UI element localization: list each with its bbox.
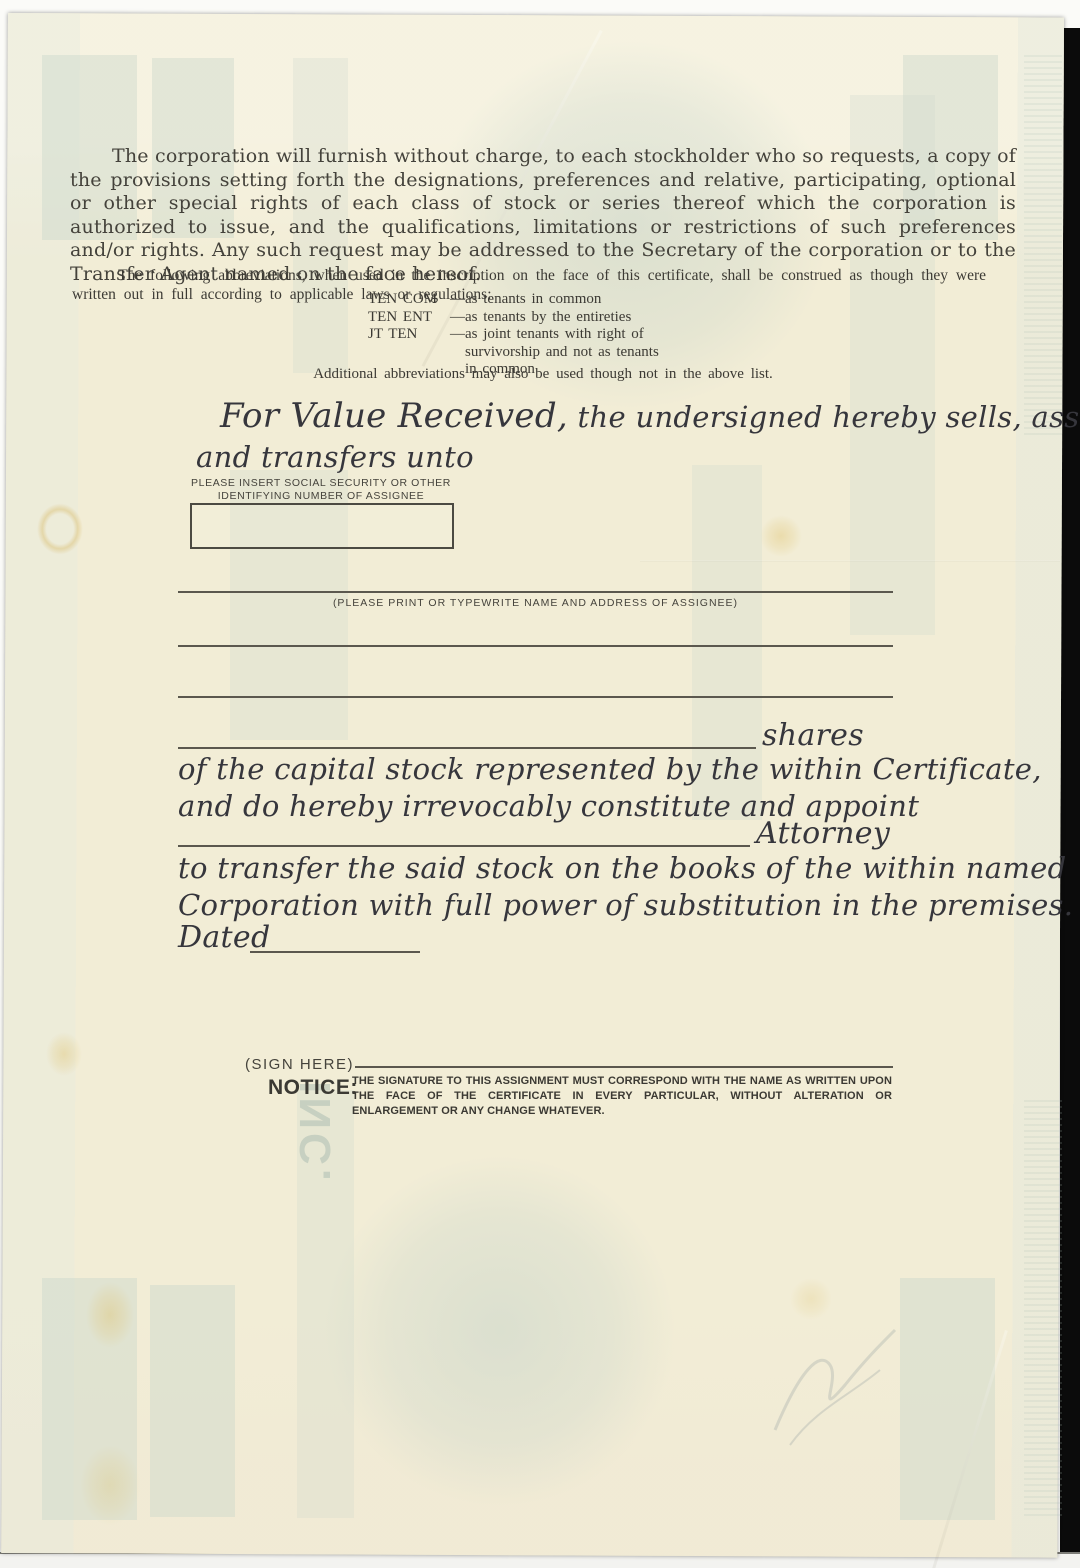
certificate-back-content: The corporation will furnish without cha… <box>0 0 1080 1568</box>
shares-write-line <box>178 747 756 749</box>
scanned-stock-certificate-back: INC. The corporation will furnish withou… <box>0 0 1080 1568</box>
ssn-label-line1: PLEASE INSERT SOCIAL SECURITY OR OTHER <box>190 477 452 490</box>
body-line-4: Corporation with full power of substitut… <box>178 888 1073 922</box>
abbreviation-ten-com: TEN COM—as tenants in common <box>368 291 659 309</box>
abbrev-dash: — <box>450 291 465 309</box>
assignee-write-line-3 <box>178 696 893 698</box>
notice-text: THE SIGNATURE TO THIS ASSIGNMENT MUST CO… <box>352 1074 892 1119</box>
assignee-write-line-1 <box>178 591 893 593</box>
notice-label: NOTICE: <box>268 1076 358 1100</box>
assignee-write-line-2 <box>178 645 893 647</box>
assignment-opening-line: For Value Received, the undersigned here… <box>220 396 1080 436</box>
ssn-instruction-label: PLEASE INSERT SOCIAL SECURITY OR OTHER I… <box>190 477 452 502</box>
ssn-label-line2: IDENTIFYING NUMBER OF ASSIGNEE <box>190 490 452 503</box>
abbrev-term: TEN ENT <box>368 309 450 327</box>
assignee-line-label: (PLEASE PRINT OR TYPEWRITE NAME AND ADDR… <box>178 597 893 609</box>
abbrev-dash: — <box>450 309 465 327</box>
for-value-received-phrase: For Value Received, <box>220 396 568 436</box>
attorney-word: Attorney <box>756 816 890 851</box>
signature-write-line <box>355 1066 893 1068</box>
abbreviation-ten-ent: TEN ENT—as tenants by the entireties <box>368 309 659 327</box>
sign-here-label: (SIGN HERE) <box>245 1056 354 1073</box>
attorney-write-line <box>178 845 750 847</box>
body-line-3: to transfer the said stock on the books … <box>178 851 1066 885</box>
dated-label: Dated <box>178 920 270 955</box>
dated-write-line <box>250 951 420 953</box>
ssn-entry-box <box>190 503 454 549</box>
abbrev-term: TEN COM <box>368 291 450 309</box>
and-transfers-unto: and transfers unto <box>196 440 474 474</box>
abbreviations-note: Additional abbreviations may also be use… <box>70 366 1016 383</box>
abbrev-definition: as tenants by the entireties <box>465 309 631 327</box>
abbrev-definition: as tenants in common <box>465 291 601 309</box>
shares-word: shares <box>762 718 864 753</box>
body-line-1: of the capital stock represented by the … <box>178 752 1042 786</box>
opening-rest: the undersigned hereby sells, assigns <box>568 400 1080 434</box>
